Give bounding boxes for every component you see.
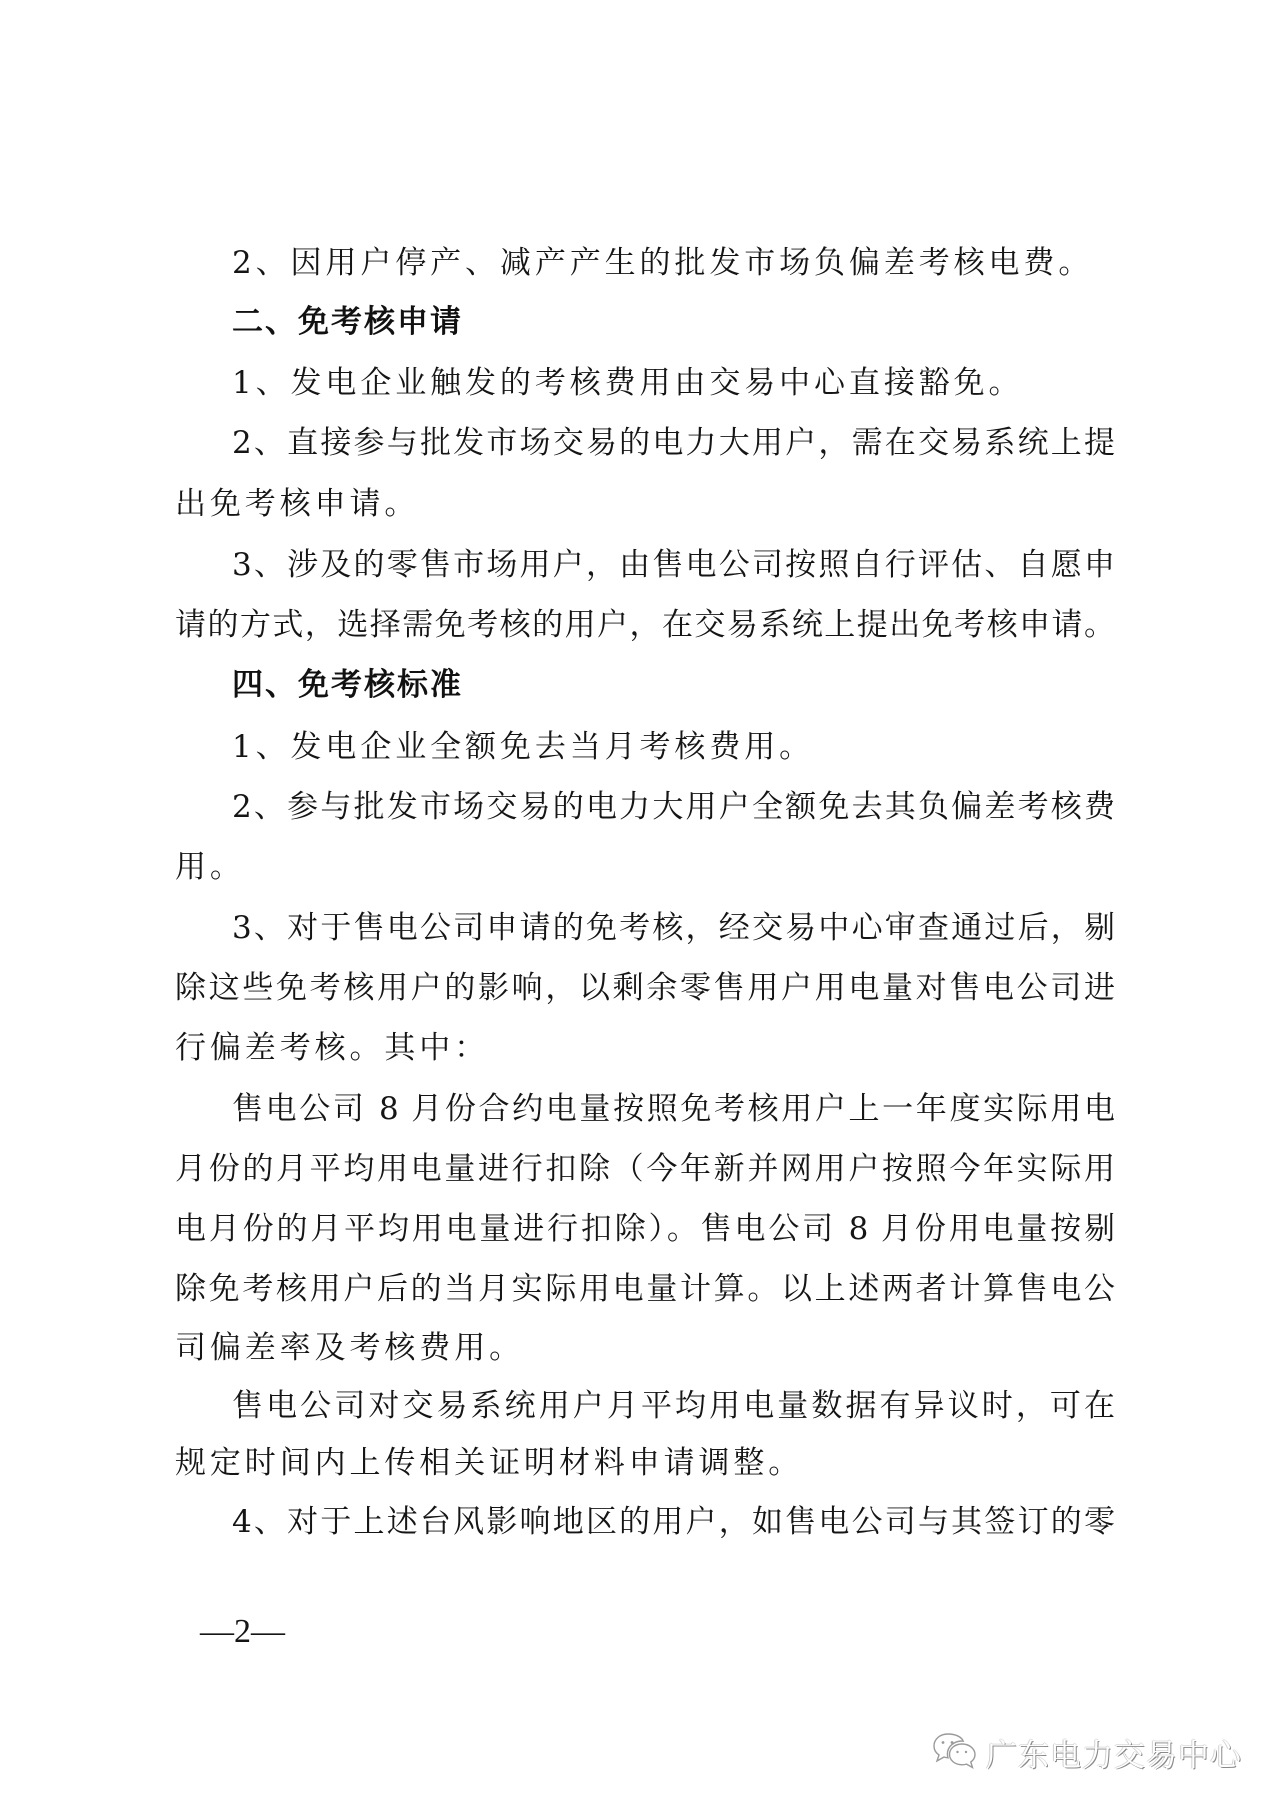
document-page: 2、因用户停产、减产产生的批发市场负偏差考核电费。 二、免考核申请 1、发电企业…: [0, 0, 1280, 1810]
paragraph-line: 司偏差率及考核费用。: [175, 1328, 1115, 1368]
paragraph-line: 2、因用户停产、减产产生的批发市场负偏差考核电费。: [232, 243, 1115, 283]
paragraph-line: 电月份的月平均用电量进行扣除）。售电公司 8 月份用电量按剔: [175, 1209, 1115, 1249]
paragraph-line: 用。: [175, 847, 1115, 887]
paragraph-line: 2、参与批发市场交易的电力大用户全额免去其负偏差考核费: [232, 787, 1115, 827]
wechat-watermark: 广东电力交易中心: [932, 1728, 1242, 1776]
paragraph-line: 除免考核用户后的当月实际用电量计算。以上述两者计算售电公: [175, 1269, 1115, 1309]
paragraph-line: 1、发电企业触发的考核费用由交易中心直接豁免。: [232, 363, 1115, 403]
section-heading-exemption-standard: 四、免考核标准: [232, 665, 1115, 705]
paragraph-line: 3、涉及的零售市场用户，由售电公司按照自行评估、自愿申: [232, 545, 1115, 585]
paragraph-line: 售电公司对交易系统用户月平均用电量数据有异议时，可在: [232, 1386, 1115, 1426]
watermark-text: 广东电力交易中心: [986, 1730, 1242, 1775]
page-number: —2—: [200, 1614, 285, 1650]
wechat-icon: [932, 1730, 978, 1774]
paragraph-line: 出免考核申请。: [175, 484, 1115, 524]
paragraph-line: 行偏差考核。其中：: [175, 1028, 1115, 1068]
paragraph-line: 请的方式，选择需免考核的用户，在交易系统上提出免考核申请。: [175, 605, 1115, 645]
paragraph-line: 3、对于售电公司申请的免考核，经交易中心审查通过后，剔: [232, 908, 1115, 948]
paragraph-line: 4、对于上述台风影响地区的用户，如售电公司与其签订的零: [232, 1502, 1115, 1542]
section-heading-exemption-application: 二、免考核申请: [232, 302, 1115, 342]
paragraph-line: 除这些免考核用户的影响，以剩余零售用户用电量对售电公司进: [175, 968, 1115, 1008]
paragraph-line: 2、直接参与批发市场交易的电力大用户，需在交易系统上提: [232, 423, 1115, 463]
paragraph-line: 月份的月平均用电量进行扣除（今年新并网用户按照今年实际用: [175, 1149, 1115, 1189]
paragraph-line: 售电公司 8 月份合约电量按照免考核用户上一年度实际用电: [232, 1089, 1115, 1129]
paragraph-line: 规定时间内上传相关证明材料申请调整。: [175, 1443, 1115, 1483]
paragraph-line: 1、发电企业全额免去当月考核费用。: [232, 727, 1115, 767]
